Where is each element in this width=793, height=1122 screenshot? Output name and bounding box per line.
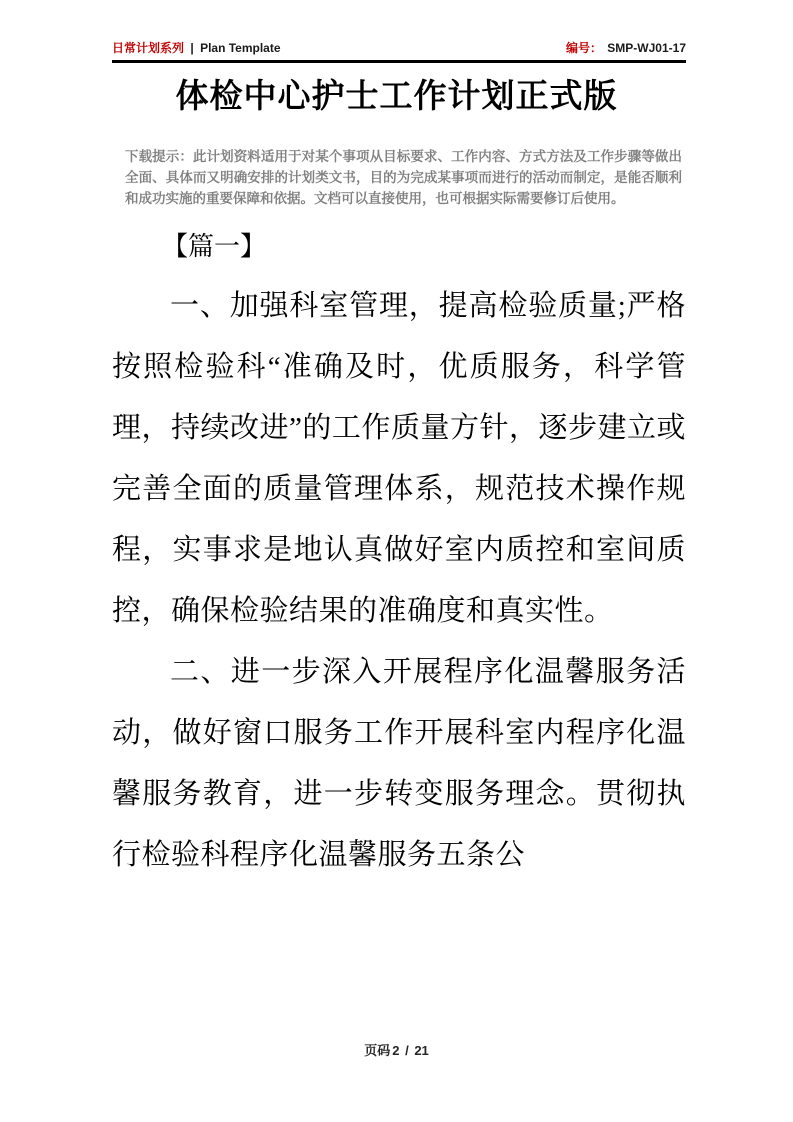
footer-separator: / — [405, 1043, 409, 1058]
page-header: 日常计划系列 | Plan Template 编号： SMP-WJ01-17 — [112, 40, 686, 63]
body-paragraph-2: 二、进一步深入开展程序化温馨服务活动，做好窗口服务工作开展科室内程序化温馨服务教… — [112, 642, 686, 886]
footer-total-pages: 21 — [414, 1043, 428, 1058]
document-title: 体检中心护士工作计划正式版 — [0, 70, 793, 117]
body-paragraph-1: 一、加强科室管理，提高检验质量;严格按照检验科“准确及时，优质服务，科学管理，持… — [112, 276, 686, 642]
download-notice: 下载提示：此计划资料适用于对某个事项从目标要求、工作内容、方式方法及工作步骤等做… — [125, 146, 682, 209]
footer-page-label: 页码 — [364, 1043, 390, 1058]
header-divider: | — [190, 41, 193, 55]
document-page: 日常计划系列 | Plan Template 编号： SMP-WJ01-17 体… — [0, 0, 793, 1122]
document-body: 一、加强科室管理，提高检验质量;严格按照检验科“准确及时，优质服务，科学管理，持… — [112, 276, 686, 886]
header-right: 编号： SMP-WJ01-17 — [566, 40, 686, 56]
section-heading: 【篇一】 — [112, 226, 266, 263]
header-number-label: 编号： — [566, 41, 602, 55]
page-footer: 页码2 / 21 — [0, 1040, 793, 1059]
header-series-label: 日常计划系列 — [112, 41, 184, 55]
header-template-label: Plan Template — [200, 41, 280, 55]
header-number-value: SMP-WJ01-17 — [607, 41, 686, 55]
footer-page-number: 2 — [392, 1043, 399, 1058]
header-left: 日常计划系列 | Plan Template — [112, 40, 281, 56]
